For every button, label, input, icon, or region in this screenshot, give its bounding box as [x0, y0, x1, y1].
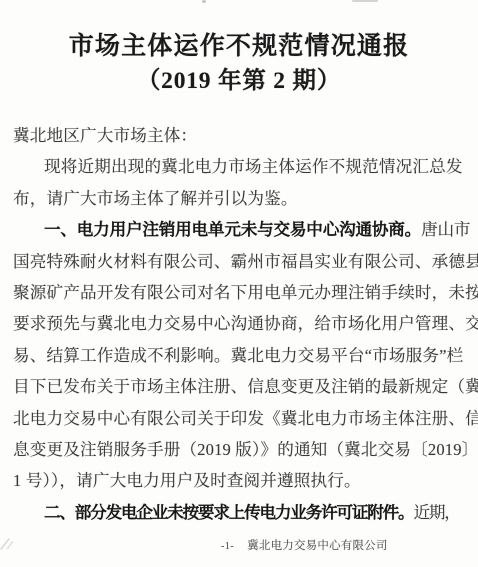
- document-page: 市场主体运作不规范情况通报 （2019 年第 2 期） 冀北地区广大市场主体： …: [0, 0, 478, 567]
- body-text: 息变更及注销服务手册（2019 版）》的通知（冀北交易〔2019〕: [13, 440, 478, 459]
- scan-artifact: [202, 0, 206, 3]
- body-text: 要求预先与冀北电力交易中心沟通协商，给市场化用户管理、交: [13, 314, 478, 333]
- footer-company-name: 冀北电力交易中心有限公司: [247, 537, 387, 553]
- section-heading-text: 二、部分发电企业未按要求上传电力业务许可证附件。: [44, 503, 413, 522]
- page-title-line-2: （2019 年第 2 期）: [0, 64, 478, 98]
- body-text: 北电力交易中心有限公司关于印发《冀北电力市场主体注册、信: [13, 409, 478, 428]
- body-line: 易、结算工作造成不利影响。冀北电力交易平台“市场服务”栏: [13, 340, 473, 371]
- body-line: 目下已发布关于市场主体注册、信息变更及注销的最新规定（冀: [13, 371, 473, 402]
- body-line: 要求预先与冀北电力交易中心沟通协商，给市场化用户管理、交: [13, 308, 473, 339]
- scan-artifact: [0, 538, 10, 550]
- body-text: 布，请广大市场主体了解并引以为鉴。: [13, 189, 298, 208]
- body-line: 1 号）），请广大电力用户及时查阅并遵照执行。: [13, 465, 473, 496]
- body-line: 布，请广大市场主体了解并引以为鉴。: [13, 183, 473, 214]
- body-line: 国亮特殊耐火材料有限公司、霸州市福昌实业有限公司、承德县: [13, 246, 473, 277]
- page-title-line-1: 市场主体运作不规范情况通报: [0, 30, 478, 64]
- body-line: 息变更及注销服务手册（2019 版）》的通知（冀北交易〔2019〕: [13, 434, 473, 465]
- section-heading-text: 一、电力用户注销用电单元未与交易中心沟通协商。: [44, 220, 421, 239]
- page-footer: -1- 冀北电力交易中心有限公司: [221, 537, 388, 553]
- body-text: 易、结算工作造成不利影响。冀北电力交易平台“市场服务”栏: [13, 346, 463, 365]
- scan-artifact: [6, 541, 13, 550]
- body-text: 唐山市: [421, 220, 470, 239]
- footer-page-number: -1-: [221, 541, 234, 552]
- section-2-heading-line: 二、部分发电企业未按要求上传电力业务许可证附件。近期，: [13, 497, 473, 528]
- document-body: 冀北地区广大市场主体： 现将近期出现的冀北电力市场主体运作不规范情况汇总发 布，…: [13, 120, 473, 528]
- scan-artifact: [352, 0, 378, 2]
- salutation-line: 冀北地区广大市场主体：: [13, 120, 473, 151]
- body-line: 现将近期出现的冀北电力市场主体运作不规范情况汇总发: [13, 151, 473, 182]
- section-1-heading-line: 一、电力用户注销用电单元未与交易中心沟通协商。唐山市: [13, 214, 473, 245]
- body-line: 北电力交易中心有限公司关于印发《冀北电力市场主体注册、信: [13, 403, 473, 434]
- body-text: 冀北地区广大市场主体：: [13, 126, 197, 145]
- body-text: 目下已发布关于市场主体注册、信息变更及注销的最新规定（冀: [13, 377, 478, 396]
- body-text: 近期，: [413, 503, 459, 522]
- body-line: 聚源矿产品开发有限公司对名下用电单元办理注销手续时，未按: [13, 277, 473, 308]
- body-text: 聚源矿产品开发有限公司对名下用电单元办理注销手续时，未按: [13, 283, 478, 302]
- body-text: 现将近期出现的冀北电力市场主体运作不规范情况汇总发: [44, 157, 463, 176]
- document-title: 市场主体运作不规范情况通报 （2019 年第 2 期）: [0, 30, 478, 98]
- body-text: 国亮特殊耐火材料有限公司、霸州市福昌实业有限公司、承德县: [13, 252, 478, 271]
- body-text: 1 号）），请广大电力用户及时查阅并遵照执行。: [13, 471, 361, 490]
